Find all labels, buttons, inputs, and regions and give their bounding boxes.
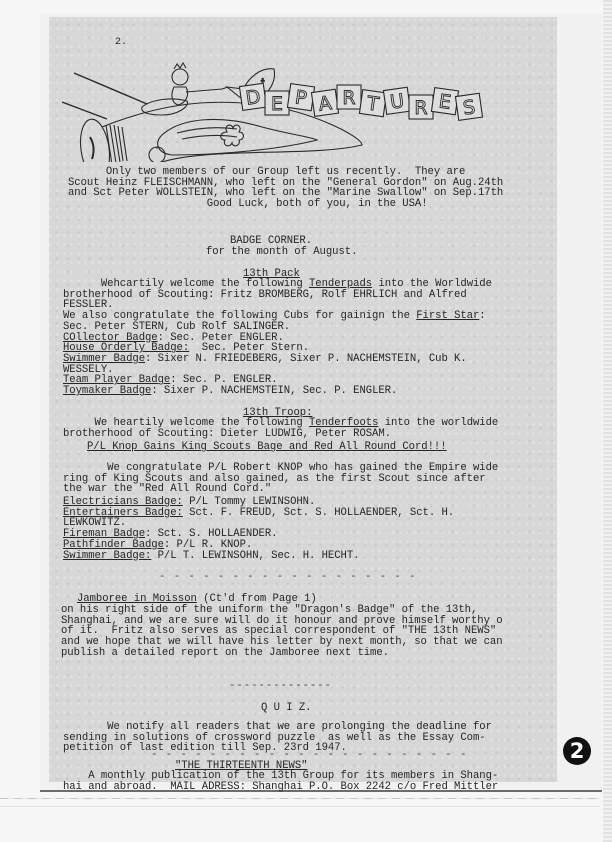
scanner-edge [603,0,612,842]
departures-text-line: Good Luck, both of you, in the USA! [68,199,428,210]
section-separator: - - - - - - - - - - - - - - - - - - [159,572,417,583]
pack-text-line: brotherhood of Scouting: Fritz BROMBERG,… [63,290,467,301]
newsletter-page: ♣ DEPARTURES 2. Only two members of our … [49,17,557,782]
page-number: 2. [115,38,127,49]
scan-border-line [0,798,600,799]
troop-badge-line: Swimmer Badge: P/L T. LEWINSOHN, Sec. H.… [63,551,359,562]
pack-text-line: Swimmer Badge: Sixer N. FRIEDEBERG, Sixe… [63,354,467,365]
quiz-title: Q U I Z. [261,703,311,714]
section-separator: -------------- [229,681,332,692]
newsletter-footer-line: hai and abroad. MAIL ADRESS: Shanghai P.… [63,782,498,793]
underlined-term: Swimmer Badge: [63,550,151,562]
knop-congrats-line: the war the "Red All Round Cord." [63,484,271,495]
troop-text-line: brotherhood of Scouting: Dieter LUDWIG, … [63,429,391,440]
scan-border-line [0,806,600,807]
airplane-illustration: ♣ DEPARTURES [62,37,492,162]
underlined-term: First Star [416,310,479,322]
pack-text-line: Toymaker Badge: Sixer P. NACHEMSTEIN, Se… [63,386,397,397]
badge-corner-subtitle: for the month of August. [206,247,357,258]
svg-text:R: R [414,97,427,119]
svg-text:D: D [244,86,262,110]
knop-headline: P/L Knop Gains King Scouts Bage and Red … [87,442,447,453]
page-marker-badge: 2 [563,737,591,765]
svg-text:R: R [342,87,355,109]
jamboree-text-line: publish a detailed report on the Jambore… [61,648,389,659]
svg-text:E: E [271,93,283,115]
underlined-term: Toymaker Badge [63,385,151,397]
departures-banner: DEPARTURES [239,83,482,120]
